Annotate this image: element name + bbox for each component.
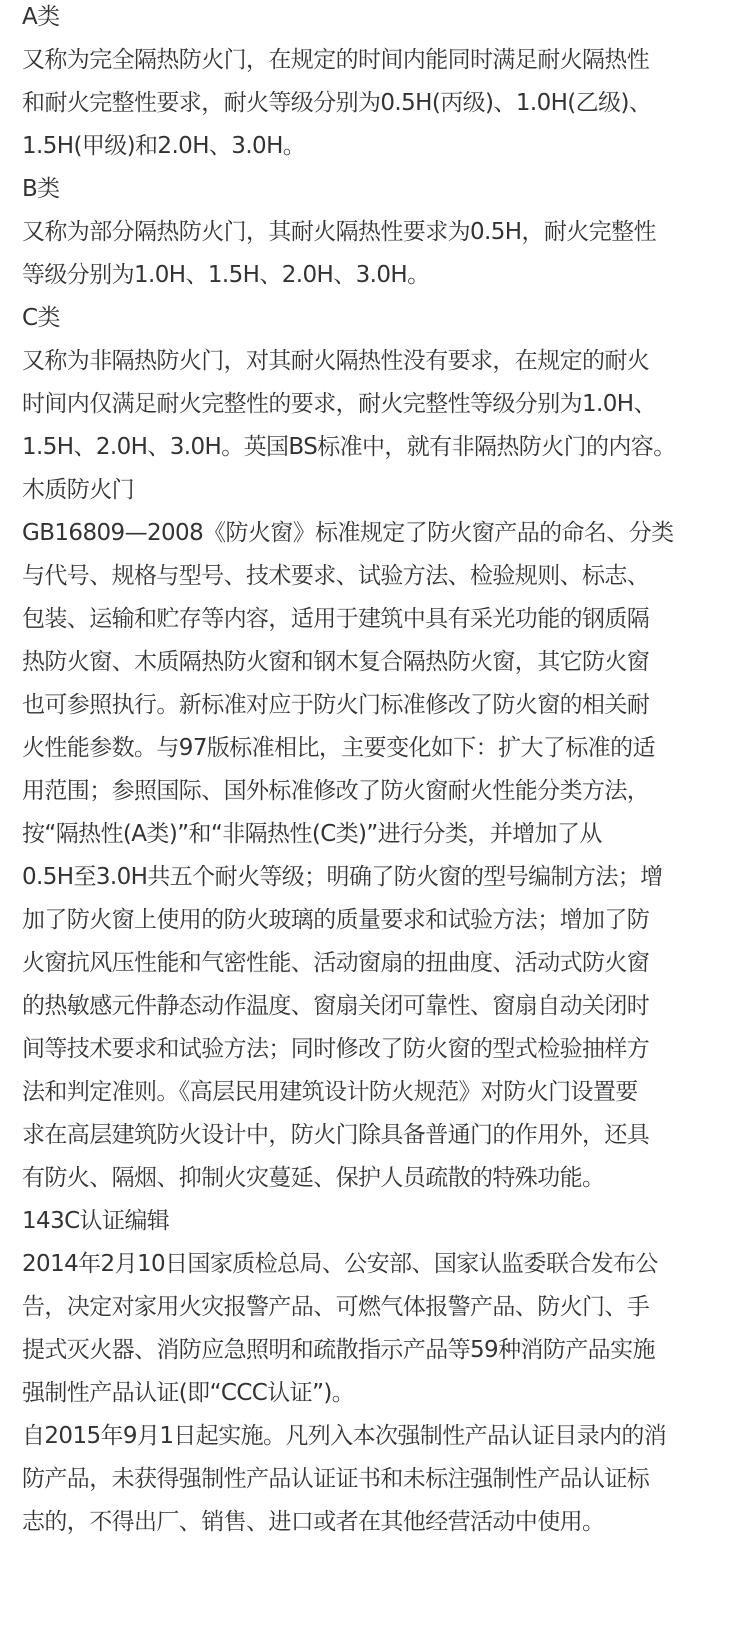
- paragraph-line: 热防火窗、木质隔热防火窗和钢木复合隔热防火窗，其它防火窗: [22, 641, 722, 684]
- paragraph-line: 自2015年9月1日起实施。凡列入本次强制性产品认证目录内的消: [22, 1415, 722, 1458]
- paragraph-line: 志的，不得出厂、销售、进口或者在其他经营活动中使用。: [22, 1501, 722, 1544]
- paragraph-line: 1.5H、2.0H、3.0H。英国BS标准中，就有非隔热防火门的内容。: [22, 426, 722, 469]
- section-heading-a: A类: [22, 0, 722, 39]
- section-heading-b: B类: [22, 168, 722, 211]
- paragraph-line: 加了防火窗上使用的防火玻璃的质量要求和试验方法；增加了防: [22, 899, 722, 942]
- paragraph-line: 防产品，未获得强制性产品认证证书和未标注强制性产品认证标: [22, 1458, 722, 1501]
- paragraph-line: 的热敏感元件静态动作温度、窗扇关闭可靠性、窗扇自动关闭时: [22, 985, 722, 1028]
- paragraph-line: 有防火、隔烟、抑制火灾蔓延、保护人员疏散的特殊功能。: [22, 1157, 722, 1200]
- paragraph-line: 按“隔热性(A类)”和“非隔热性(C类)”进行分类，并增加了从: [22, 813, 722, 856]
- paragraph-line: 用范围；参照国际、国外标准修改了防火窗耐火性能分类方法，: [22, 770, 722, 813]
- paragraph-line: 求在高层建筑防火设计中，防火门除具备普通门的作用外，还具: [22, 1114, 722, 1157]
- paragraph-line: 2014年2月10日国家质检总局、公安部、国家认监委联合发布公: [22, 1243, 722, 1286]
- paragraph-line: 强制性产品认证(即“CCC认证”)。: [22, 1372, 722, 1415]
- paragraph-line: 告，决定对家用火灾报警产品、可燃气体报警产品、防火门、手: [22, 1286, 722, 1329]
- paragraph-line: 又称为完全隔热防火门，在规定的时间内能同时满足耐火隔热性: [22, 39, 722, 82]
- paragraph-line: 等级分别为1.0H、1.5H、2.0H、3.0H。: [22, 254, 722, 297]
- section-heading-wooden-fire-door: 木质防火门: [22, 469, 722, 512]
- paragraph-line: 火窗抗风压性能和气密性能、活动窗扇的扭曲度、活动式防火窗: [22, 942, 722, 985]
- paragraph-line: 火性能参数。与97版标准相比，主要变化如下：扩大了标准的适: [22, 727, 722, 770]
- paragraph-line: 法和判定准则。《高层民用建筑设计防火规范》对防火门设置要: [22, 1071, 722, 1114]
- paragraph-line: 与代号、规格与型号、技术要求、试验方法、检验规则、标志、: [22, 555, 722, 598]
- section-heading-3c-certification: 143C认证编辑: [22, 1200, 722, 1243]
- paragraph-line: 又称为部分隔热防火门，其耐火隔热性要求为0.5H，耐火完整性: [22, 211, 722, 254]
- section-heading-c: C类: [22, 297, 722, 340]
- paragraph-line: 和耐火完整性要求，耐火等级分别为0.5H(丙级)、1.0H(乙级)、: [22, 82, 722, 125]
- article-body: A类 又称为完全隔热防火门，在规定的时间内能同时满足耐火隔热性 和耐火完整性要求…: [22, 0, 722, 1544]
- paragraph-line: 0.5H至3.0H共五个耐火等级；明确了防火窗的型号编制方法；增: [22, 856, 722, 899]
- paragraph-line: 时间内仅满足耐火完整性的要求，耐火完整性等级分别为1.0H、: [22, 383, 722, 426]
- paragraph-line: 又称为非隔热防火门，对其耐火隔热性没有要求，在规定的耐火: [22, 340, 722, 383]
- paragraph-line: 提式灭火器、消防应急照明和疏散指示产品等59种消防产品实施: [22, 1329, 722, 1372]
- paragraph-line: GB16809—2008《防火窗》标准规定了防火窗产品的命名、分类: [22, 512, 722, 555]
- paragraph-line: 也可参照执行。新标准对应于防火门标准修改了防火窗的相关耐: [22, 684, 722, 727]
- paragraph-line: 包装、运输和贮存等内容，适用于建筑中具有采光功能的钢质隔: [22, 598, 722, 641]
- paragraph-line: 1.5H(甲级)和2.0H、3.0H。: [22, 125, 722, 168]
- paragraph-line: 间等技术要求和试验方法；同时修改了防火窗的型式检验抽样方: [22, 1028, 722, 1071]
